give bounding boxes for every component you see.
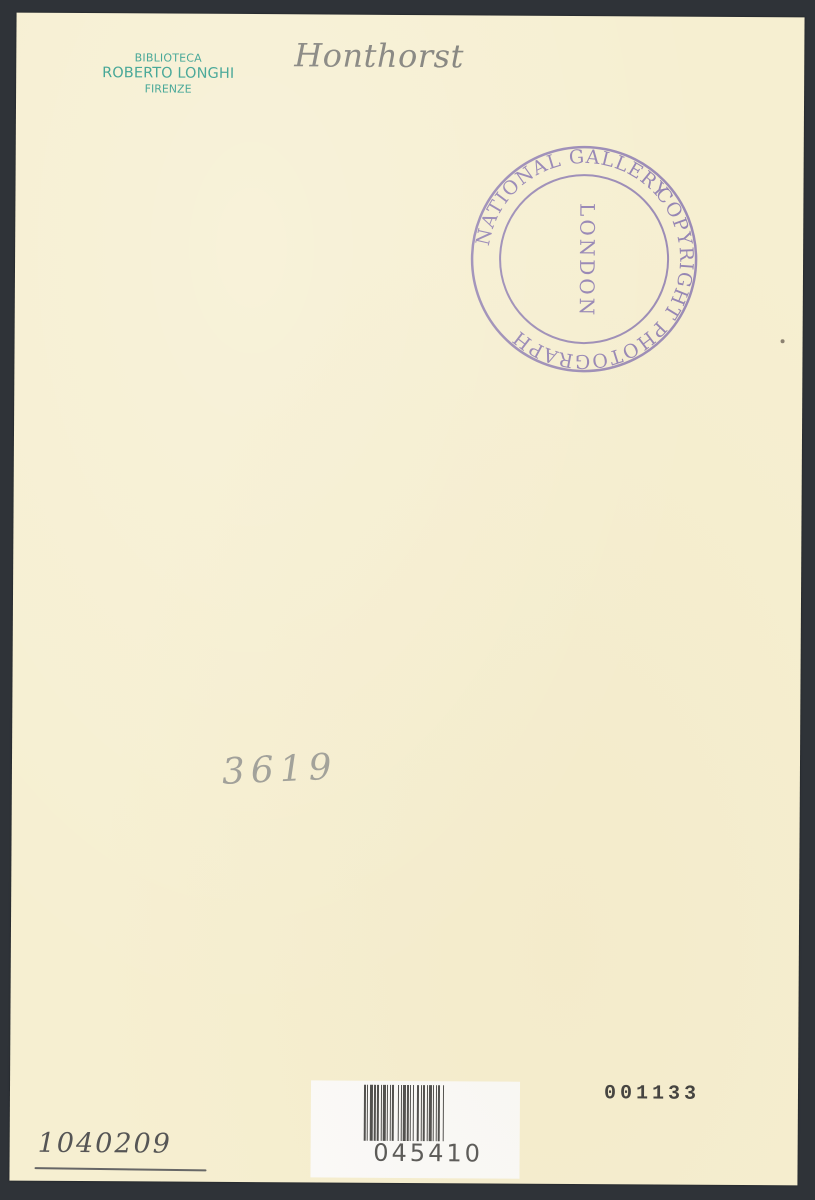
barcode-number: 045410 <box>361 1139 496 1168</box>
svg-text:NATIONAL GALLERY: NATIONAL GALLERY <box>472 145 673 249</box>
library-stamp-line1: BIBLIOTECA <box>88 51 248 65</box>
stamp-center-text: LONDON <box>575 203 600 318</box>
stamp-outer-text-left: NATIONAL GALLERY <box>472 145 673 249</box>
photo-card-back: BIBLIOTECA ROBERTO LONGHI FIRENZE Hontho… <box>9 13 804 1186</box>
handwritten-inventory-number: 1040209 <box>38 1128 172 1160</box>
barcode-label: 045410 <box>310 1080 520 1178</box>
library-stamp: BIBLIOTECA ROBERTO LONGHI FIRENZE <box>88 51 248 96</box>
svg-text:COPYRIGHT PHOTOGRAPH: COPYRIGHT PHOTOGRAPH <box>508 182 698 373</box>
national-gallery-copyright-stamp: COPYRIGHT PHOTOGRAPH NATIONAL GALLERY LO… <box>467 142 700 375</box>
barcode-bars <box>364 1085 493 1142</box>
library-stamp-line2: ROBERTO LONGHI <box>88 65 248 82</box>
handwritten-number: 3619 <box>221 747 338 793</box>
paper-speck <box>781 339 785 343</box>
handwritten-underline <box>35 1167 207 1171</box>
handwritten-artist-name: Honthorst <box>294 36 464 75</box>
stamp-outer-text-top: COPYRIGHT PHOTOGRAPH <box>508 182 698 373</box>
typed-accession-number: 001133 <box>604 1082 700 1106</box>
library-stamp-line3: FIRENZE <box>88 82 248 96</box>
